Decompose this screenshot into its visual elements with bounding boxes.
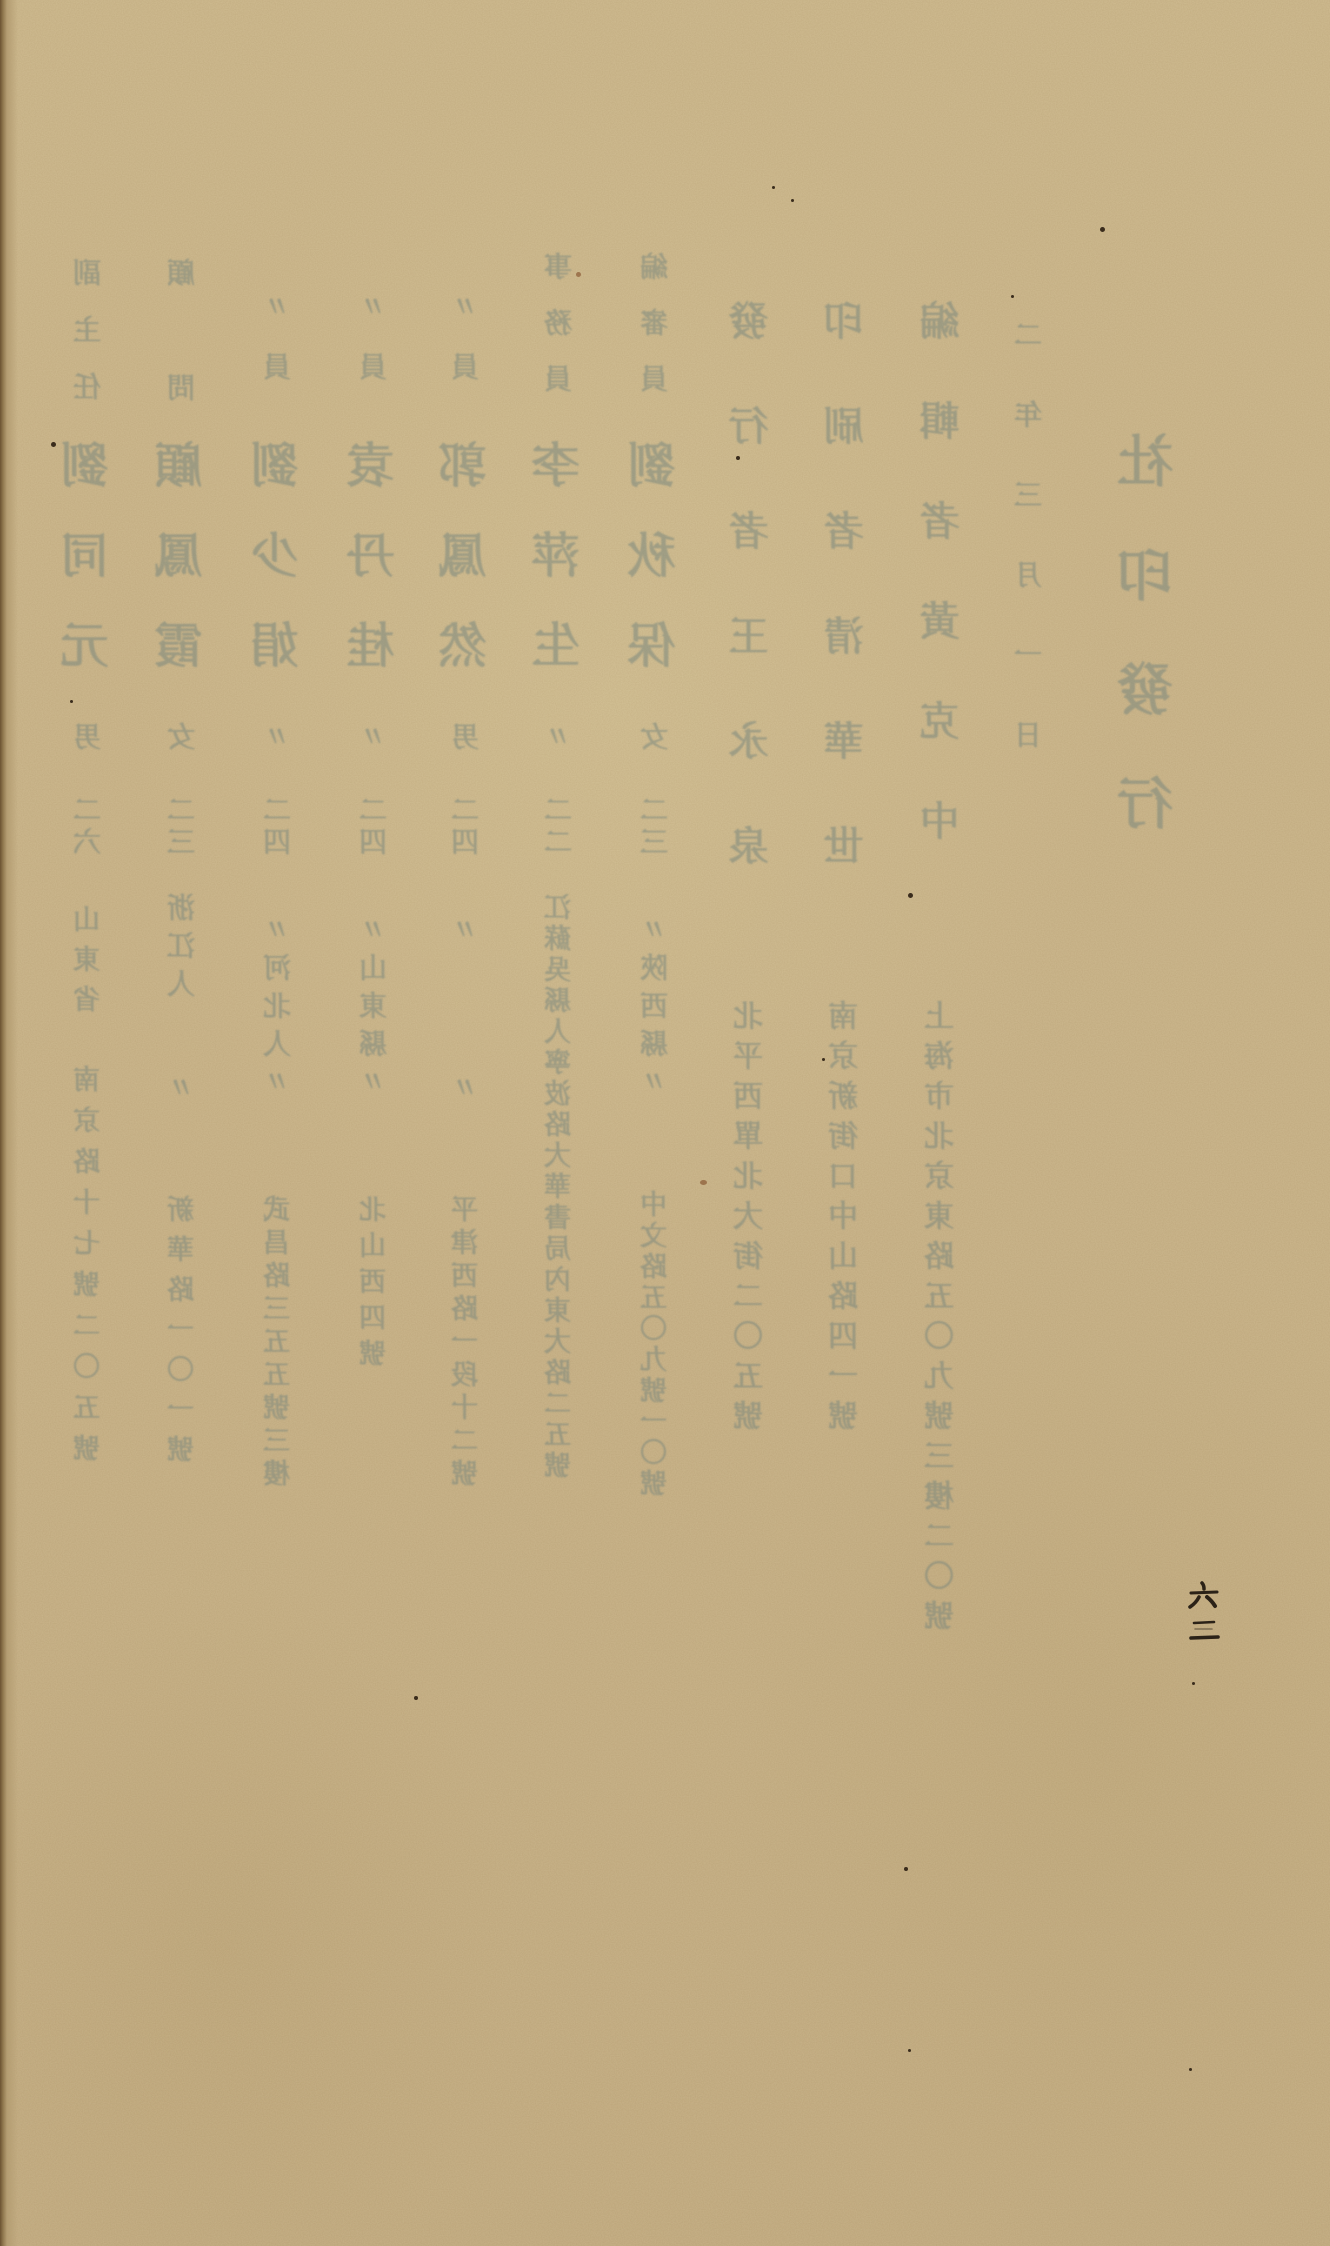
colophon-column-text: 北平西單北大街二〇五號	[737, 1000, 767, 1440]
colophon-column-text: 南京新街口中山路四一號	[832, 1000, 862, 1440]
paper-speck	[1011, 295, 1014, 298]
paper-speck	[904, 1867, 908, 1871]
roster-column-text: 〃員	[453, 292, 481, 412]
roster-column-text: 二二	[546, 795, 574, 859]
paper-speck	[1100, 227, 1105, 232]
paper-speck	[576, 272, 581, 277]
roster-column-text: 北山西四號	[362, 1195, 389, 1375]
page-number-text: 六三	[1188, 1579, 1222, 1639]
roster-column-text: 〃員	[361, 292, 389, 412]
showthrough-layer: 社印發行二年三月一日編輯者黃克中上海市北京東路五〇九號三樓二〇號印刷者清華世南京…	[0, 0, 1330, 2246]
roster-column-text: 女	[169, 722, 197, 752]
roster-column-text: 〃	[169, 1073, 197, 1109]
scanned-book-page: 社印發行二年三月一日編輯者黃克中上海市北京東路五〇九號三樓二〇號印刷者清華世南京…	[0, 0, 1330, 2246]
paper-speck	[1189, 2068, 1192, 2071]
roster-column-text: 〃	[453, 915, 481, 951]
roster-column-text: 劉少娟	[255, 440, 303, 710]
paper-speck	[51, 442, 56, 447]
roster-column-text: 〃	[265, 722, 293, 752]
roster-column-text: 劉秋保	[632, 440, 680, 710]
paper-speck	[822, 1058, 825, 1061]
roster-column-text: 〃	[361, 722, 389, 752]
colophon-column-text: 印刷者清華世	[827, 300, 867, 930]
page-number: 六三	[1182, 1575, 1228, 1650]
roster-column-text: 武昌路三五五號三樓	[266, 1195, 293, 1492]
roster-column-text: 〃陝西縣〃	[642, 915, 670, 1105]
roster-column-text: 劉同元	[65, 440, 113, 710]
roster-column-text: 李萍生	[536, 440, 584, 710]
roster-column-text: 二四	[453, 795, 481, 859]
roster-column-text: 事務員	[546, 252, 574, 420]
roster-column-text: 江蘇吳縣人寧波路大華書局內東大路二五號	[547, 893, 574, 1482]
colophon-column-text: 二年三月一日	[1016, 320, 1044, 800]
paper-speck	[1192, 1682, 1195, 1685]
paper-speck	[908, 2049, 911, 2052]
roster-column-text: 女	[642, 722, 670, 752]
roster-column-text: 〃山東縣〃	[361, 915, 389, 1105]
paper-speck	[700, 1180, 707, 1185]
roster-column-text: 二三	[169, 795, 197, 859]
paper-speck	[791, 199, 794, 202]
roster-column-text: 袁丹桂	[351, 440, 399, 710]
roster-column-text: 新華路一〇一號	[170, 1195, 197, 1475]
paper-speck	[772, 186, 775, 189]
roster-column-text: 浙江人	[169, 893, 197, 1007]
colophon-column-text: 編輯者黃克中	[923, 300, 963, 900]
colophon-column-text: 發行者王永泉	[732, 300, 772, 930]
roster-column-text: 〃河北人〃	[265, 915, 293, 1105]
roster-column-text: 平津西路一段十二號	[454, 1195, 481, 1492]
roster-column-text: 男	[453, 722, 481, 752]
roster-column-text: 中文路五〇九號一〇號	[643, 1190, 670, 1500]
roster-column-text: 南京路十七號二〇五號	[76, 1065, 103, 1475]
roster-column-text: 〃	[453, 1073, 481, 1109]
paper-speck	[414, 1696, 418, 1700]
roster-column-text: 顧鳳霞	[159, 440, 207, 710]
roster-column-text: 副主任	[75, 258, 103, 429]
roster-column-text: 〃員	[265, 292, 293, 412]
roster-column-text: 二六	[75, 795, 103, 859]
roster-column-text: 二四	[361, 795, 389, 859]
colophon-column-text: 上海市北京東路五〇九號三樓二〇號	[928, 1000, 958, 1640]
paper-speck	[70, 700, 73, 703]
roster-column-text: 〃	[546, 722, 574, 752]
paper-speck	[908, 893, 913, 898]
roster-column-text: 編審員	[642, 252, 670, 420]
roster-column-text: 山東省	[76, 905, 103, 1025]
paper-speck	[736, 456, 740, 460]
colophon-column-text: 社印發行	[1122, 432, 1178, 888]
roster-column-text: 二三	[642, 795, 670, 859]
roster-column-text: 郭鳳然	[443, 440, 491, 710]
roster-column-text: 二四	[265, 795, 293, 859]
roster-column-text: 男	[75, 722, 103, 752]
